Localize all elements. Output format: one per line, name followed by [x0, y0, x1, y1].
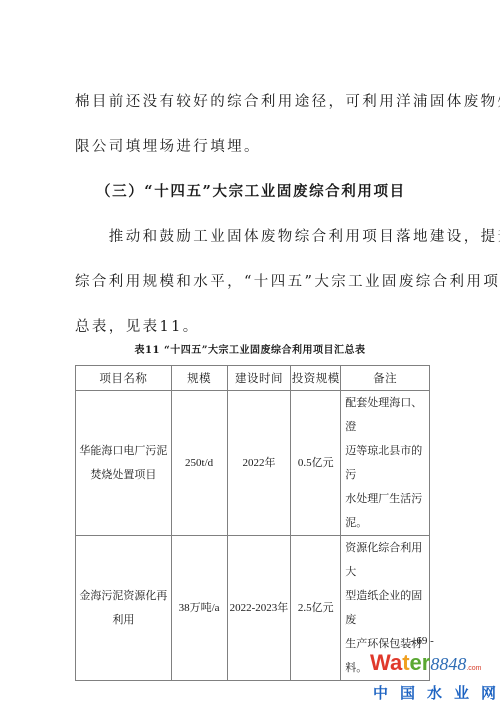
- logo-letter: t: [402, 650, 409, 675]
- cell-line: 泥。: [345, 511, 429, 535]
- logo-letter: a: [390, 650, 402, 675]
- paragraph-continuation: 棉目前还没有较好的综合利用途径，可利用洋浦固体废物处理有 限公司填埋场进行填埋。: [75, 93, 435, 156]
- logo-letter: e: [410, 650, 422, 675]
- cell-project-name: 金海污泥资源化再 利用: [76, 536, 172, 681]
- logo-chinese-name: 中国水业网: [373, 682, 500, 703]
- header-period: 建设时间: [227, 366, 291, 391]
- cell-scale: 250t/d: [171, 391, 227, 536]
- text-line: 棉目前还没有较好的综合利用途径，可利用洋浦固体废物处理有: [75, 93, 435, 111]
- header-note: 备注: [341, 366, 430, 391]
- table-caption: 表11 “十四五”大宗工业固废综合利用项目汇总表: [0, 341, 500, 356]
- text-line: 总表，见表11。: [75, 318, 435, 336]
- cell-line: 配套处理海口、澄: [345, 391, 429, 439]
- cell-note: 配套处理海口、澄 迈等琼北县市的污 水处理厂生活污 泥。: [341, 391, 430, 536]
- header-project-name: 项目名称: [76, 366, 172, 391]
- cell-investment: 2.5亿元: [291, 536, 341, 681]
- watermark-logo: Water8848.com 中国水业网: [370, 652, 500, 703]
- text-line: 推动和鼓励工业固体废物综合利用项目落地建设，提升全省: [75, 228, 435, 246]
- page-number: - 69 -: [410, 635, 434, 647]
- summary-table: 项目名称 规模 建设时间 投资规模 备注 华能海口电厂污泥 焚烧处置项目 250…: [75, 365, 430, 681]
- cell-project-name: 华能海口电厂污泥 焚烧处置项目: [76, 391, 172, 536]
- cell-period: 2022年: [227, 391, 291, 536]
- cell-line: 焚烧处置项目: [76, 463, 171, 487]
- table-header-row: 项目名称 规模 建设时间 投资规模 备注: [76, 366, 430, 391]
- cell-line: 金海污泥资源化再: [76, 584, 171, 608]
- cell-line: 利用: [76, 608, 171, 632]
- cell-line: 迈等琼北县市的污: [345, 439, 429, 487]
- section-heading: （三）“十四五”大宗工业固废综合利用项目: [96, 180, 406, 201]
- cell-line: 水处理厂生活污: [345, 487, 429, 511]
- logo-letter: W: [370, 650, 390, 675]
- text-line: 综合利用规模和水平，“十四五”大宗工业固废综合利用项目汇: [75, 273, 435, 291]
- cell-line: 华能海口电厂污泥: [76, 439, 171, 463]
- header-scale: 规模: [171, 366, 227, 391]
- cell-line: 型造纸企业的固废: [345, 584, 429, 632]
- logo-number: 8848: [430, 654, 466, 674]
- header-investment: 投资规模: [291, 366, 341, 391]
- cell-scale: 38万吨/a: [171, 536, 227, 681]
- cell-line: 资源化综合利用大: [345, 536, 429, 584]
- logo-suffix: .com: [466, 665, 481, 672]
- paragraph-intro: 推动和鼓励工业固体废物综合利用项目落地建设，提升全省 综合利用规模和水平，“十四…: [75, 228, 435, 336]
- cell-investment: 0.5亿元: [291, 391, 341, 536]
- cell-period: 2022-2023年: [227, 536, 291, 681]
- text-line: 限公司填埋场进行填埋。: [75, 138, 435, 156]
- table-row: 华能海口电厂污泥 焚烧处置项目 250t/d 2022年 0.5亿元 配套处理海…: [76, 391, 430, 536]
- logo-wordmark: Water8848.com: [370, 652, 500, 680]
